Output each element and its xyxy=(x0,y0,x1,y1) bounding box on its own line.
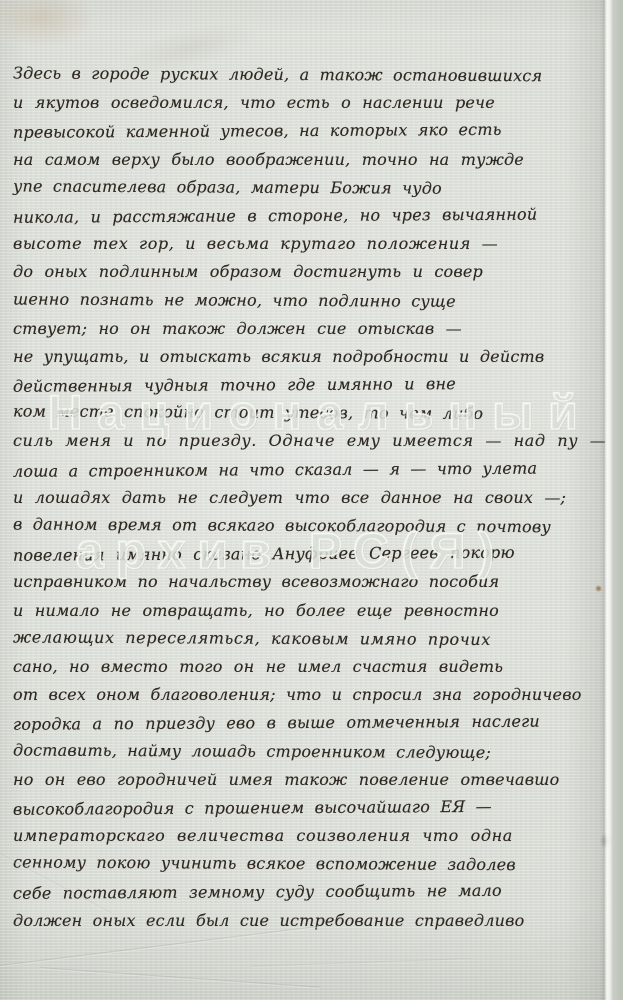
manuscript-line: превысокой каменной утесов, на которых я… xyxy=(13,116,601,148)
manuscript-line: желающих переселяться, каковым имяно про… xyxy=(13,623,601,654)
manuscript-line: и якутов осведомился, что есть о наслени… xyxy=(13,89,601,117)
manuscript-line: на самом верху было воображении, точно н… xyxy=(13,146,601,174)
manuscript-line: городка а по приезду ево в выше отмеченн… xyxy=(13,708,601,740)
manuscript-line: ствует; но он також должен сие отыскав — xyxy=(13,315,601,343)
manuscript-line: от всех оном благоволения; что и спросил… xyxy=(13,681,601,709)
manuscript-line: высоте тех гор, и весьма крутаго положен… xyxy=(13,230,601,258)
manuscript-line: себе поставляют земному суду сообщить не… xyxy=(13,877,601,909)
manuscript-line: и лошадях дать не следует что все данное… xyxy=(13,484,601,512)
manuscript-line: силь меня и по приезду. Одначе ему имеет… xyxy=(13,427,601,455)
manuscript-line: действенныя чудныя точно где имянно и вн… xyxy=(13,369,601,401)
manuscript-line: высокоблагородия с прошением высочайшаго… xyxy=(13,792,601,824)
manuscript-line: доставить, найму лошадь строенником след… xyxy=(13,736,601,767)
manuscript-line: не упущать, и отыскать всякия подробност… xyxy=(13,343,601,371)
paper-crease xyxy=(250,958,470,968)
manuscript-page: Здесь в городе руских людей, а також ост… xyxy=(0,0,623,1000)
manuscript-line: сано, но вместо того он не имел счастия … xyxy=(13,653,601,681)
manuscript-line: и нимало не отвращать, но более еще ревн… xyxy=(13,597,601,625)
manuscript-line: никола, и расстяжание в стороне, но чрез… xyxy=(13,200,601,232)
manuscript-line: сенному покою учинить всякое вспоможение… xyxy=(13,849,601,880)
page-ragged-edge xyxy=(601,0,623,1000)
manuscript-line: упе спасителева образа, матери Божия чуд… xyxy=(13,172,601,203)
manuscript-line: повеления имянно сказано Ануфриев Сергее… xyxy=(13,538,601,570)
manuscript-line: в данном время от всякаго высокоблагород… xyxy=(13,510,601,541)
manuscript-line: ком месте спокойно стоит утесов, то чем … xyxy=(13,398,601,429)
manuscript-line: шенно познать не можно, что подлинно сущ… xyxy=(13,285,601,316)
manuscript-line: императорскаго величества соизволения чт… xyxy=(13,822,601,850)
page-curvature-shadow xyxy=(565,0,605,1000)
manuscript-line: Здесь в городе руских людей, а також ост… xyxy=(13,59,601,90)
manuscript-line: до оных подлинным образом достигнуть и с… xyxy=(13,258,601,286)
manuscript-line: должен оных если был сие истребование сп… xyxy=(13,907,601,935)
manuscript-line: но он ево городничей имея також повелени… xyxy=(13,766,601,794)
handwritten-text-block: Здесь в городе руских людей, а також ост… xyxy=(13,61,601,935)
stain-top-left xyxy=(0,0,96,48)
manuscript-line: лоша а строенником на что сказал — я — ч… xyxy=(13,454,601,486)
manuscript-line: исправником по начальству всевозможнаго … xyxy=(13,568,601,596)
paper-crease xyxy=(40,967,319,989)
